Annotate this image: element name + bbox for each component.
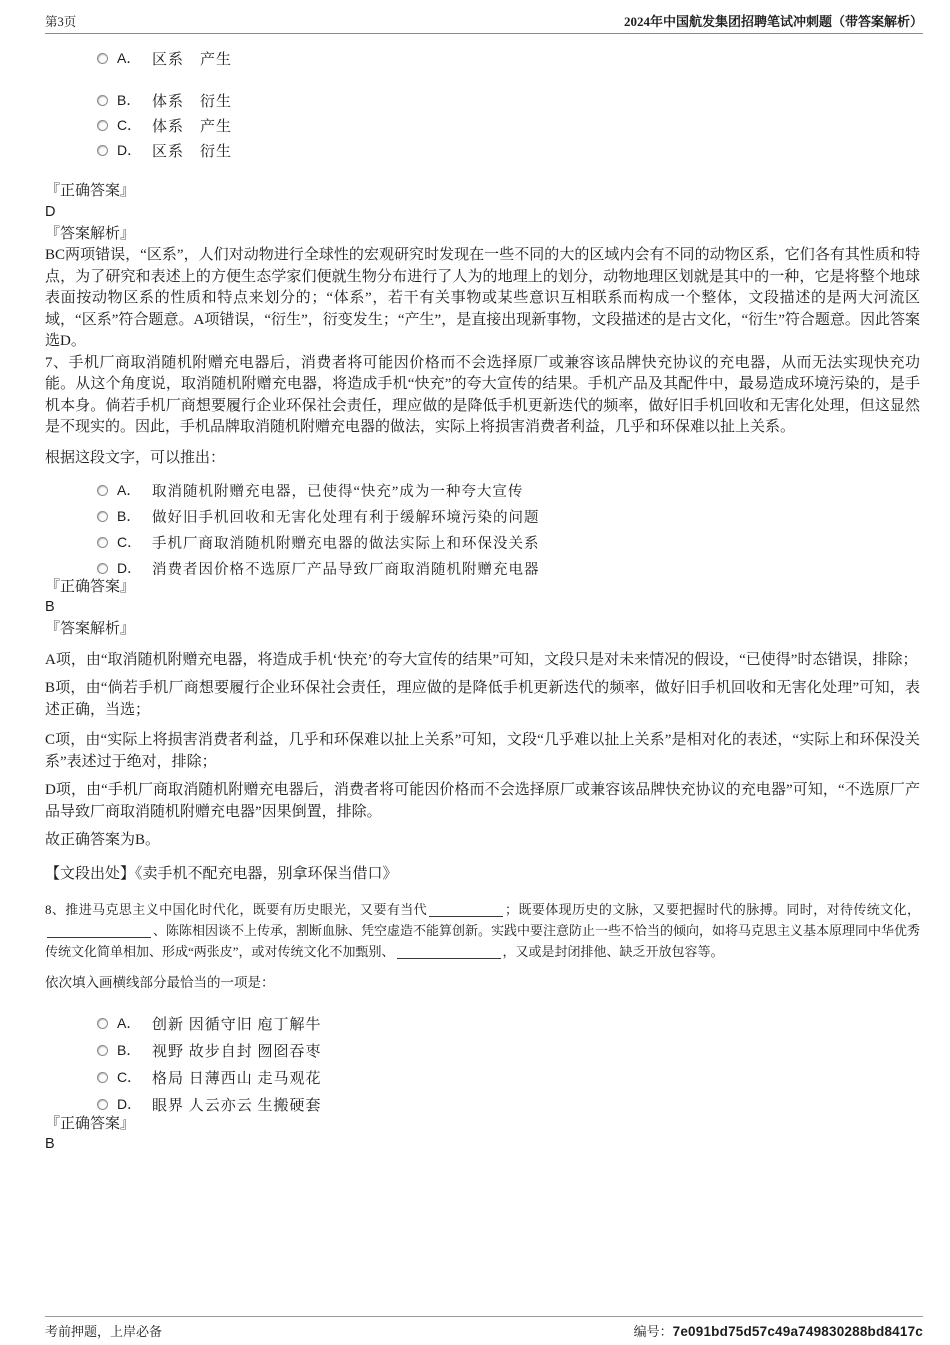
option-text: 取消随机附赠充电器，已使得“快充”成为一种夸大宣传 xyxy=(152,480,523,501)
option-row: A． 取消随机附赠充电器，已使得“快充”成为一种夸大宣传 xyxy=(97,480,920,500)
stem-segment: ，又或是封闭排他、缺乏开放包容等。 xyxy=(503,944,724,959)
radio-button[interactable] xyxy=(97,1099,108,1110)
option-text: 区系 衍生 xyxy=(152,140,232,161)
document-page: 第3页 2024年中国航发集团招聘笔试冲刺题（带答案解析） A． 区系 产生 B… xyxy=(0,0,950,1345)
radio-button[interactable] xyxy=(97,120,108,131)
page-content: A． 区系 产生 B． 体系 衍生 C． 体系 产生 D． 区系 衍生 『正确答… xyxy=(0,48,950,1154)
correct-answer-label: 『正确答案』 xyxy=(45,1114,920,1134)
question-7-prompt: 根据这段文字，可以推出： xyxy=(45,448,920,470)
option-row: B． 体系 衍生 xyxy=(97,90,920,110)
radio-button[interactable] xyxy=(97,1018,108,1029)
question-8-prompt: 依次填入画横线部分最恰当的一项是： xyxy=(45,973,920,993)
radio-button[interactable] xyxy=(97,485,108,496)
analysis-item-d: D项，由“手机厂商取消随机附赠充电器后，消费者将可能因价格而不会选择原厂或兼容该… xyxy=(45,779,920,823)
option-text: 格局 日薄西山 走马观花 xyxy=(152,1067,322,1088)
option-text: 手机厂商取消随机附赠充电器的做法实际上和环保没关系 xyxy=(152,532,540,553)
fill-in-blank-3 xyxy=(397,946,501,959)
option-row: D． 消费者因价格不选原厂产品导致厂商取消随机附赠充电器 xyxy=(97,558,920,578)
radio-button[interactable] xyxy=(97,537,108,548)
correct-answer-label: 『正确答案』 xyxy=(45,577,920,597)
stem-segment: 8、推进马克思主义中国化时代化，既要有历史眼光，又要有当代 xyxy=(45,902,427,917)
option-row: D． 区系 衍生 xyxy=(97,140,920,160)
option-key: B． xyxy=(117,1040,152,1060)
option-row: A． 区系 产生 xyxy=(97,48,920,68)
analysis-label: 『答案解析』 xyxy=(45,619,920,640)
footer-slogan: 考前押题，上岸必备 xyxy=(45,1321,162,1340)
option-text: 创新 因循守旧 庖丁解牛 xyxy=(152,1013,322,1034)
option-text: 做好旧手机回收和无害化处理有利于缓解环境污染的问题 xyxy=(152,506,540,527)
fill-in-blank-2 xyxy=(47,925,151,938)
option-key: D． xyxy=(117,558,152,578)
option-text: 区系 产生 xyxy=(152,48,232,69)
question-prev-options: A． 区系 产生 B． 体系 衍生 C． 体系 产生 D． 区系 衍生 xyxy=(45,48,920,160)
option-text: 眼界 人云亦云 生搬硬套 xyxy=(152,1094,322,1115)
option-row: B． 做好旧手机回收和无害化处理有利于缓解环境污染的问题 xyxy=(97,506,920,526)
correct-answer-value: B xyxy=(45,1134,920,1154)
option-row: C． 手机厂商取消随机附赠充电器的做法实际上和环保没关系 xyxy=(97,532,920,552)
option-key: C． xyxy=(117,115,152,135)
option-key: A． xyxy=(117,480,152,500)
option-key: C． xyxy=(117,532,152,552)
question-8-options: A． 创新 因循守旧 庖丁解牛 B． 视野 故步自封 囫囵吞枣 C． 格局 日薄… xyxy=(45,1013,920,1114)
option-text: 体系 产生 xyxy=(152,115,232,136)
analysis-conclusion: 故正确答案为B。 xyxy=(45,830,920,852)
question-7-stem: 7、手机厂商取消随机附赠充电器后，消费者将可能因价格而不会选择原厂或兼容该品牌快… xyxy=(45,353,920,439)
radio-button[interactable] xyxy=(97,1045,108,1056)
analysis-item-a: A项，由“取消随机附赠充电器，将造成手机‘快充’的夸大宣传的结果”可知，文段只是… xyxy=(45,649,920,671)
option-key: A． xyxy=(117,1013,152,1033)
radio-button[interactable] xyxy=(97,1072,108,1083)
correct-answer-block: 『正确答案』 D xyxy=(45,181,920,222)
correct-answer-block: 『正确答案』 B xyxy=(45,1114,920,1154)
radio-button[interactable] xyxy=(97,511,108,522)
analysis-item-c: C项，由“实际上将损害消费者利益，几乎和环保难以扯上关系”可知，文段“几乎难以扯… xyxy=(45,729,920,773)
page-footer: 考前押题，上岸必备 编号： 7e091bd75d57c49a749830288b… xyxy=(45,1316,923,1340)
option-row: A． 创新 因循守旧 庖丁解牛 xyxy=(97,1013,920,1033)
doc-serial: 编号： 7e091bd75d57c49a749830288bd8417c xyxy=(634,1321,923,1340)
stem-segment: ；既要体现历史的文脉，又要把握时代的脉搏。同时，对待传统文化， xyxy=(505,902,920,917)
option-key: A． xyxy=(117,48,152,68)
option-key: D． xyxy=(117,140,152,160)
correct-answer-block: 『正确答案』 B xyxy=(45,577,920,617)
source-line: 【文段出处】《卖手机不配充电器，别拿环保当借口》 xyxy=(45,864,920,886)
fill-in-blank-1 xyxy=(429,904,503,917)
question-7-options: A． 取消随机附赠充电器，已使得“快充”成为一种夸大宣传 B． 做好旧手机回收和… xyxy=(45,480,920,578)
option-key: C． xyxy=(117,1067,152,1087)
page-header: 第3页 2024年中国航发集团招聘笔试冲刺题（带答案解析） xyxy=(45,0,923,34)
correct-answer-label: 『正确答案』 xyxy=(45,181,920,202)
option-row: D． 眼界 人云亦云 生搬硬套 xyxy=(97,1094,920,1114)
analysis-item-b: B项，由“倘若手机厂商想要履行企业环保社会责任，理应做的是降低手机更新迭代的频率… xyxy=(45,677,920,721)
radio-button[interactable] xyxy=(97,53,108,64)
option-text: 消费者因价格不选原厂产品导致厂商取消随机附赠充电器 xyxy=(152,558,540,579)
option-row: B． 视野 故步自封 囫囵吞枣 xyxy=(97,1040,920,1060)
radio-button[interactable] xyxy=(97,563,108,574)
analysis-paragraph: BC两项错误，“区系”，人们对动物进行全球性的宏观研究时发现在一些不同的大的区域… xyxy=(45,245,920,353)
option-text: 体系 衍生 xyxy=(152,90,232,111)
analysis-label: 『答案解析』 xyxy=(45,224,920,245)
option-key: D． xyxy=(117,1094,152,1114)
serial-label: 编号： xyxy=(634,1321,673,1340)
serial-value: 7e091bd75d57c49a749830288bd8417c xyxy=(673,1324,923,1339)
option-text: 视野 故步自封 囫囵吞枣 xyxy=(152,1040,322,1061)
radio-button[interactable] xyxy=(97,95,108,106)
radio-button[interactable] xyxy=(97,145,108,156)
question-8-stem: 8、推进马克思主义中国化时代化，既要有历史眼光，又要有当代；既要体现历史的文脉，… xyxy=(45,899,920,962)
option-row: C． 格局 日薄西山 走马观花 xyxy=(97,1067,920,1087)
option-key: B． xyxy=(117,90,152,110)
option-key: B． xyxy=(117,506,152,526)
option-row: C． 体系 产生 xyxy=(97,115,920,135)
doc-title: 2024年中国航发集团招聘笔试冲刺题（带答案解析） xyxy=(624,11,923,30)
correct-answer-value: D xyxy=(45,202,920,222)
page-number: 第3页 xyxy=(45,12,76,30)
correct-answer-value: B xyxy=(45,597,920,617)
